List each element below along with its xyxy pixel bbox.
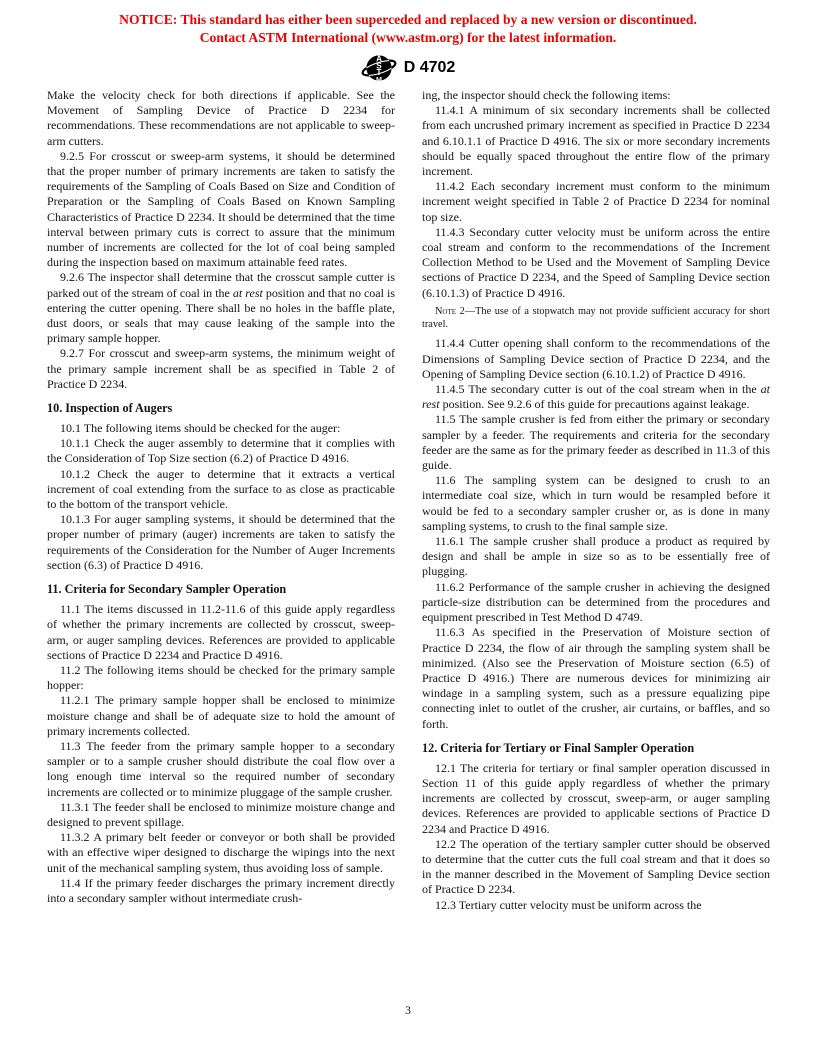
astm-logo-icon: A S T M [361,50,397,86]
svg-text:M: M [376,75,382,84]
notice-line-1: NOTICE: This standard has either been su… [0,11,816,29]
paragraph: 10.1.2 Check the auger to determine that… [47,467,395,513]
paragraph: 9.2.6 The inspector shall determine that… [47,270,395,346]
paragraph: 11.6.2 Performance of the sample crusher… [422,580,770,626]
paragraph: 11.3.1 The feeder shall be enclosed to m… [47,800,395,830]
paragraph: 11.3.2 A primary belt feeder or conveyor… [47,830,395,876]
paragraph: 11.1 The items discussed in 11.2-11.6 of… [47,602,395,663]
paragraph: 11.4.2 Each secondary increment must con… [422,179,770,225]
text-columns: Make the velocity check for both directi… [47,88,770,913]
paragraph: 11.4.1 A minimum of six secondary increm… [422,103,770,179]
paragraph: 11.4.5 The secondary cutter is out of th… [422,382,770,412]
paragraph: 12.1 The criteria for tertiary or final … [422,761,770,837]
paragraph: 9.2.5 For crosscut or sweep-arm systems,… [47,149,395,271]
paragraph: ing, the inspector should check the foll… [422,88,770,103]
paragraph: 11.2 The following items should be check… [47,663,395,693]
paragraph: Make the velocity check for both directi… [47,88,395,149]
paragraph: 11.4.4 Cutter opening shall conform to t… [422,336,770,382]
section-heading: 11. Criteria for Secondary Sampler Opera… [47,582,395,597]
paragraph: 11.6.3 As specified in the Preservation … [422,625,770,731]
paragraph: 11.2.1 The primary sample hopper shall b… [47,693,395,739]
section-heading: 10. Inspection of Augers [47,401,395,416]
paragraph: 11.4.3 Secondary cutter velocity must be… [422,225,770,301]
note-paragraph: Note 2—The use of a stopwatch may not pr… [422,306,770,332]
notice-banner: NOTICE: This standard has either been su… [0,11,816,47]
paragraph: 12.3 Tertiary cutter velocity must be un… [422,898,770,913]
paragraph: 11.4 If the primary feeder discharges th… [47,876,395,906]
section-heading: 12. Criteria for Tertiary or Final Sampl… [422,741,770,756]
notice-line-2: Contact ASTM International (www.astm.org… [0,29,816,47]
column-right: ing, the inspector should check the foll… [422,88,770,913]
document-page: NOTICE: This standard has either been su… [0,0,816,1056]
doc-header: A S T M D 4702 [0,50,816,86]
paragraph: 11.6 The sampling system can be designed… [422,473,770,534]
paragraph: 11.3 The feeder from the primary sample … [47,739,395,800]
paragraph: 10.1.1 Check the auger assembly to deter… [47,436,395,466]
column-left: Make the velocity check for both directi… [47,88,395,913]
paragraph: 12.2 The operation of the tertiary sampl… [422,837,770,898]
paragraph: 11.5 The sample crusher is fed from eith… [422,412,770,473]
paragraph: 10.1 The following items should be check… [47,421,395,436]
doc-code: D 4702 [404,59,456,77]
paragraph: 11.6.1 The sample crusher shall produce … [422,534,770,580]
page-number: 3 [0,1005,816,1017]
paragraph: 10.1.3 For auger sampling systems, it sh… [47,512,395,573]
paragraph: 9.2.7 For crosscut and sweep-arm systems… [47,346,395,392]
